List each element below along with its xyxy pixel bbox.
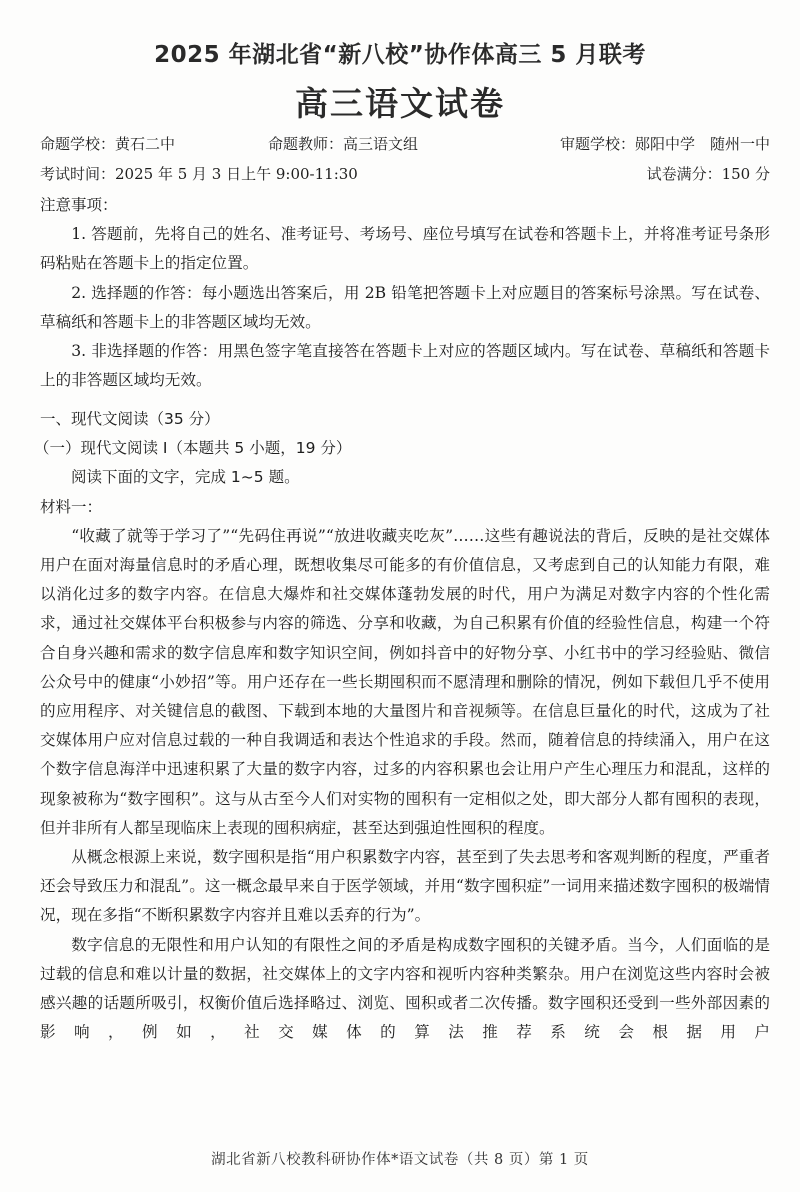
notes-section: 注意事项： 1. 答题前，先将自己的姓名、准考证号、考场号、座位号填写在试卷和答… xyxy=(40,191,770,395)
material-paragraph-1: “收藏了就等于学习了”“先码住再说”“放进收藏夹吃灰”……这些有趣说法的背后，反… xyxy=(40,522,770,843)
material-paragraph-2: 从概念根源上来说，数字囤积是指“用户积累数字内容，甚至到了失去思考和客观判断的程… xyxy=(40,843,770,931)
review-school: 审题学校：郧阳中学 随州一中 xyxy=(560,133,770,154)
section-heading: 一、现代文阅读（35 分） xyxy=(40,405,770,434)
reading-section: 一、现代文阅读（35 分） （一）现代文阅读 I（本题共 5 小题，19 分） … xyxy=(40,405,770,1047)
paper-title: 高三语文试卷 xyxy=(0,78,800,125)
exam-page: 2025 年湖北省“新八校”协作体高三 5 月联考 高三语文试卷 命题学校：黄石… xyxy=(0,0,800,1192)
material-label: 材料一： xyxy=(40,493,770,522)
section-instruction: 阅读下面的文字，完成 1~5 题。 xyxy=(40,463,770,492)
notes-heading: 注意事项： xyxy=(40,191,770,220)
meta-row-1: 命题学校：黄石二中 命题教师：高三语文组 审题学校：郧阳中学 随州一中 xyxy=(40,133,770,157)
note-item-1: 1. 答题前，先将自己的姓名、准考证号、考场号、座位号填写在试卷和答题卡上，并将… xyxy=(40,220,770,278)
note-item-2: 2. 选择题的作答：每小题选出答案后，用 2B 铅笔把答题卡上对应题目的答案标号… xyxy=(40,279,770,337)
setting-teacher: 命题教师：高三语文组 xyxy=(268,133,418,154)
page-footer: 湖北省新八校教科研协作体*语文试卷（共 8 页）第 1 页 xyxy=(0,1148,800,1169)
full-score: 试卷满分：150 分 xyxy=(647,163,770,184)
setting-school: 命题学校：黄石二中 xyxy=(40,133,175,154)
exam-time: 考试时间：2025 年 5 月 3 日上午 9:00-11:30 xyxy=(40,163,358,184)
note-item-3: 3. 非选择题的作答：用黑色签字笔直接答在答题卡上对应的答题区域内。写在试卷、草… xyxy=(40,337,770,395)
section-subheading: （一）现代文阅读 I（本题共 5 小题，19 分） xyxy=(34,434,770,463)
meta-row-2: 考试时间：2025 年 5 月 3 日上午 9:00-11:30 试卷满分：15… xyxy=(40,163,770,187)
exam-title: 2025 年湖北省“新八校”协作体高三 5 月联考 xyxy=(0,36,800,69)
material-paragraph-3: 数字信息的无限性和用户认知的有限性之间的矛盾是构成数字囤积的关键矛盾。当今，人们… xyxy=(40,931,770,1048)
